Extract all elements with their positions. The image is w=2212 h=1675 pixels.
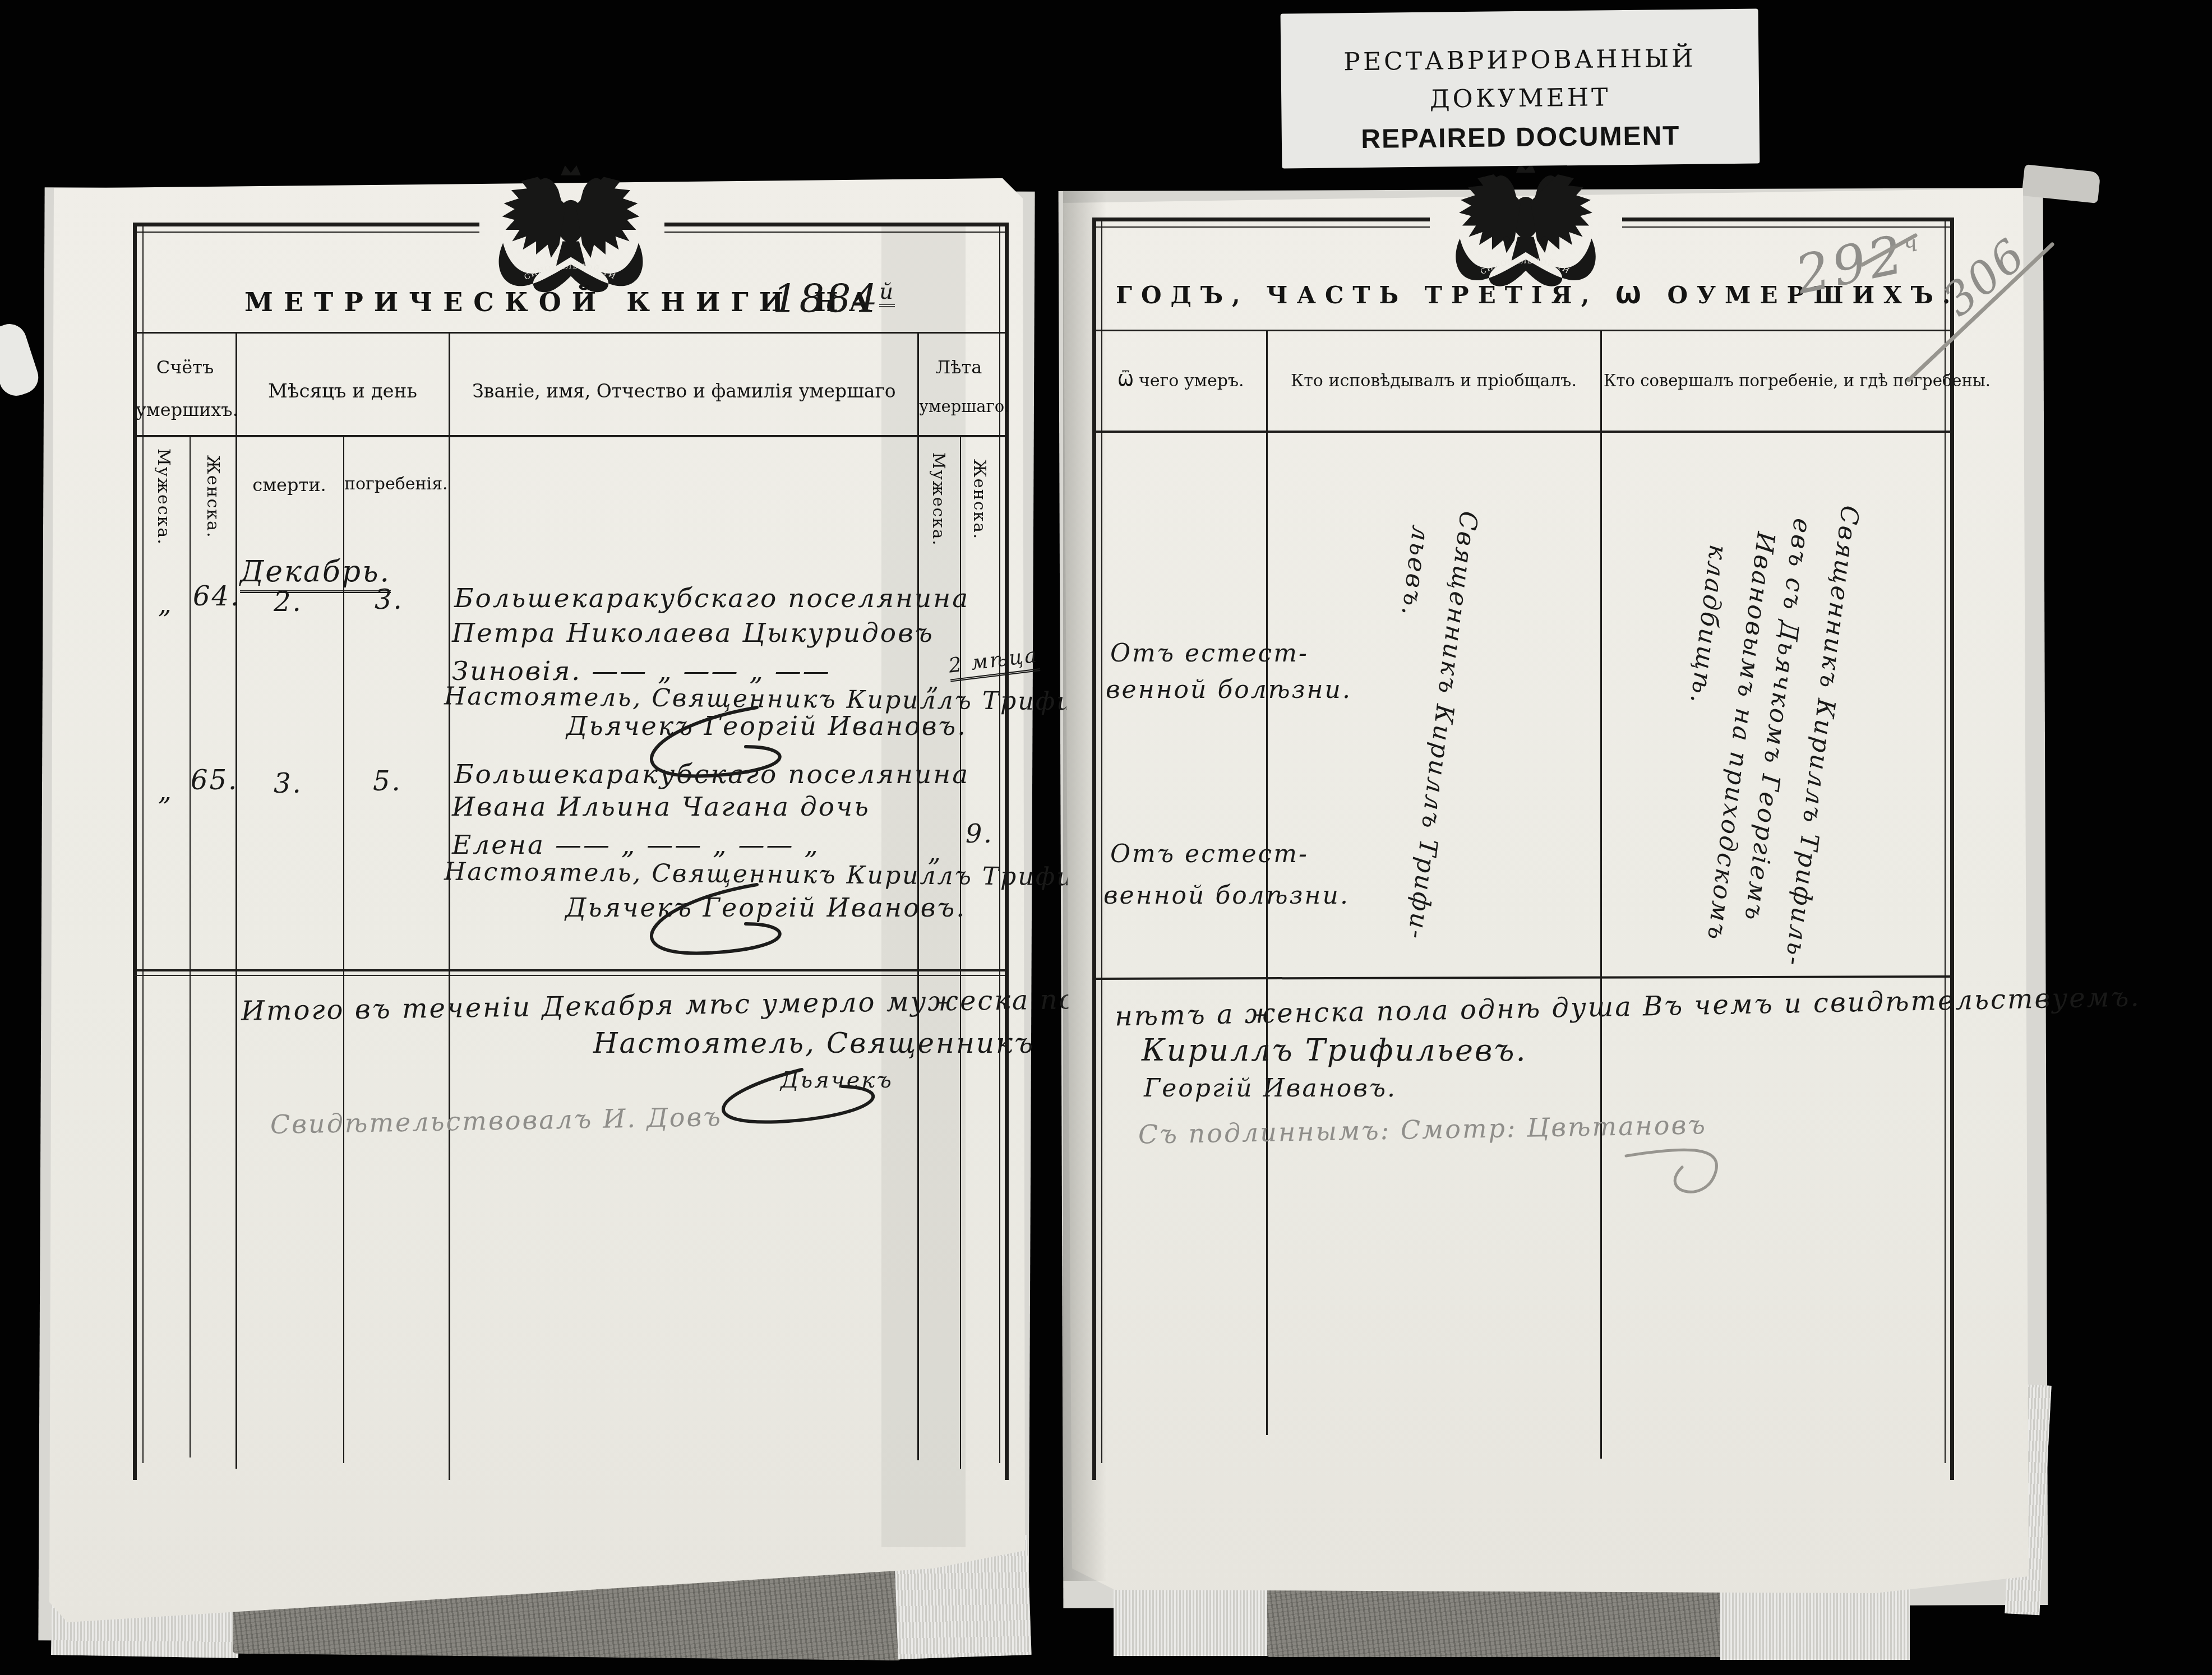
cause-line: венной болѣзни. [1103,881,1350,910]
gauze-patch [1720,1588,1910,1660]
cause-line: Отъ естест- [1110,840,1309,868]
book-scan: СИНОДАЛЬНОЙ ТИПОГРАФІИ МЕТРИЧЕСКОЙ КНИГИ… [0,0,2212,1675]
record-female-count: 65. [191,765,238,796]
record-burial-day: 5. [373,766,402,797]
record-male-count: „ [158,776,173,806]
record-name-line: Большекаракубскаго поселянина [454,759,969,790]
col-confessor-title: Кто исповѣдывалъ и пріобщалъ. [1268,371,1599,391]
record-name-line: Большекаракубскаго поселянина [454,583,969,614]
binding-thread [0,320,43,400]
record-burial-day: 3. [375,584,404,616]
subcol-count-male: Мужеска. [138,446,188,547]
record-clergy-line: Дьячекъ Георгій Ивановъ. [566,711,967,741]
col-count-title: Счётъ [136,357,234,378]
col-date-title: Мѣсяцъ и день [237,380,449,402]
gauze-patch [1114,1585,1272,1656]
record-name-line: Петра Николаева Цыкуридовъ [452,618,934,649]
record-clergy-line: Дьячекъ Георгій Ивановъ. [565,892,966,923]
subcol-age-male: Мужеска. [918,446,959,553]
month-header: Декабрь. [240,555,391,593]
summary-clergy-line: Настоятель, Священникъ [593,1027,1035,1059]
record-death-day: 2. [274,586,303,618]
record-male-count: „ [158,589,173,619]
subcol-count-female: Женска. [191,446,234,547]
subcol-age-female: Женска. [961,446,998,553]
label-russian-line1: РЕСТАВРИРОВАННЫЙ [1281,44,1758,77]
subcol-death: смерти. [237,474,342,496]
summary-signature: Георгій Ивановъ. [1144,1074,1397,1103]
summary-signature: Кириллъ Трифильевъ. [1142,1033,1527,1068]
cause-line: венной болѣзни. [1106,675,1352,704]
right-page-title: ГОДЪ, ЧАСТЬ ТРЕТІЯ, Ѡ ОУМЕРШИХЪ. [1116,281,1862,309]
summary-sexton-line: Дьячекъ [781,1067,893,1093]
col-burial-title: Кто совершалъ погребеніе, и гдѣ погребен… [1604,371,1943,390]
col-name-title: Званіе, имя, Отчество и фамилія умершаго [451,380,917,402]
col-count-title2: умершихъ. [136,399,234,420]
col-age-title2: умершаго. [919,397,999,416]
repaired-document-label: РЕСТАВРИРОВАННЫЙ ДОКУМЕНТ REPAIRED DOCUM… [1281,9,1760,169]
gutter-shadow [1063,191,1107,1581]
record-female-count: 64. [193,581,241,612]
left-title-year: 1884й [773,276,895,322]
label-english-line: REPAIRED DOCUMENT [1282,120,1760,156]
subcol-burial: погребенія. [344,474,447,494]
col-age-title: Лѣта [919,357,999,378]
record-name-line: Ивана Ильина Чагана дочь [452,792,870,822]
record-name-line: Елена —— „ —— „ —— „ [452,830,820,860]
record-death-day: 3. [274,768,303,799]
cause-line: Отъ естест- [1110,639,1309,668]
record-age-female: 9. [966,818,994,849]
label-russian-line2: ДОКУМЕНТ [1281,82,1759,115]
col-cause-title: Ѿ чего умеръ. [1097,371,1265,391]
